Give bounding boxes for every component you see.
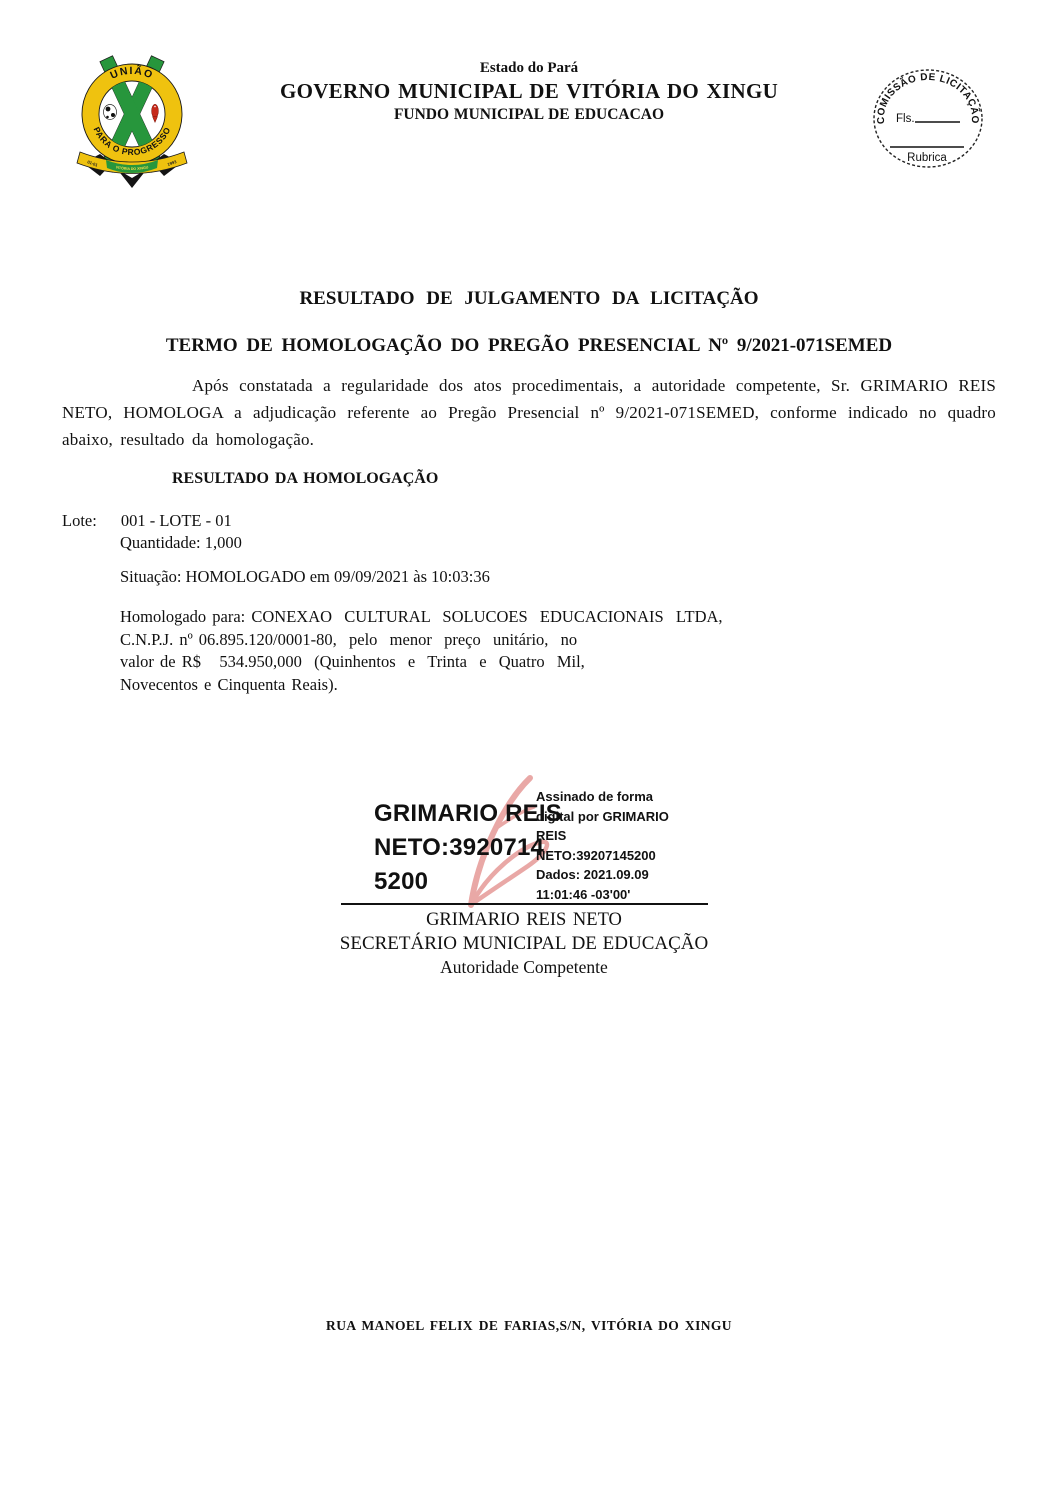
- digital-signature-name-block: GRIMARIO REIS NETO:3920714 5200: [374, 797, 562, 899]
- stamp-graphic: COMISSÃO DE LICITAÇÃO Fls. Rubrica: [868, 64, 990, 176]
- signer-role: SECRETÁRIO MUNICIPAL DE EDUCAÇÃO: [274, 932, 774, 956]
- lote-quantity: Quantidade: 1,000: [120, 533, 242, 553]
- document-page: UNIÃO PARA O PROGRESSO VITÓRIA DO XINGU …: [0, 0, 1058, 1497]
- lote-label: Lote:: [62, 511, 97, 530]
- body-paragraph: Após constatada a regularidade dos atos …: [62, 372, 996, 453]
- lote-line: Lote:001 - LOTE - 01: [62, 511, 232, 531]
- digital-signature-details: Assinado de forma digital por GRIMARIO R…: [536, 787, 669, 904]
- signer-capacity: Autoridade Competente: [274, 956, 774, 978]
- stamp-arc-text: COMISSÃO DE LICITAÇÃO: [876, 72, 982, 124]
- homologation-title: TERMO DE HOMOLOGAÇÃO DO PREGÃO PRESENCIA…: [0, 335, 1058, 357]
- lote-status: Situação: HOMOLOGADO em 09/09/2021 às 10…: [120, 567, 490, 587]
- signature-line: [341, 903, 708, 905]
- section-heading: RESULTADO DA HOMOLOGAÇÃO: [172, 470, 438, 488]
- footer-address: RUA MANOEL FELIX DE FARIAS,S/N, VITÓRIA …: [0, 1318, 1058, 1334]
- result-title: RESULTADO DE JULGAMENTO DA LICITAÇÃO: [0, 288, 1058, 310]
- licitation-commission-stamp: COMISSÃO DE LICITAÇÃO Fls. Rubrica: [868, 64, 990, 176]
- awarded-company-block: Homologado para: CONEXAO CULTURAL SOLUCO…: [120, 606, 760, 696]
- stamp-fls-label: Fls.: [896, 113, 915, 125]
- stamp-rubrica-label: Rubrica: [907, 152, 947, 164]
- lote-value: 001 - LOTE - 01: [121, 511, 232, 530]
